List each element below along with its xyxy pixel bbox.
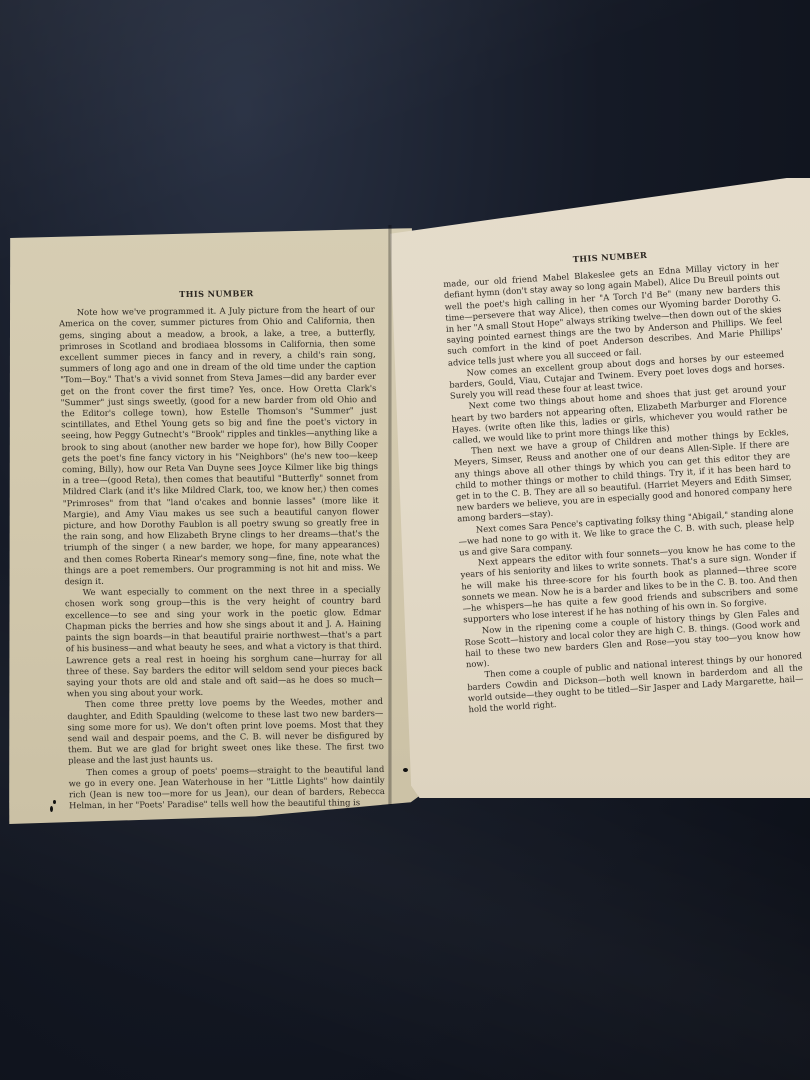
paper-blemish (403, 768, 408, 772)
left-page: THIS NUMBER Note how we've programmed it… (6, 226, 419, 826)
left-page-title: THIS NUMBER (58, 287, 374, 302)
left-paragraph-2: We want especially to comment on the nex… (65, 584, 383, 699)
paper-blemish (53, 800, 56, 804)
left-paragraph-1: Note how we've programmed it. A July pic… (59, 304, 381, 587)
booklet-spine (388, 225, 392, 805)
right-page-content: THIS NUMBER made, our old friend Mabel B… (442, 242, 804, 715)
paper-blemish (50, 806, 53, 812)
left-page-content: THIS NUMBER Note how we've programmed it… (58, 287, 385, 812)
left-paragraph-4: Then comes a group of poets' poems—strai… (68, 763, 385, 811)
left-paragraph-3: Then come three pretty love poems by the… (67, 696, 384, 767)
right-page: THIS NUMBER made, our old friend Mabel B… (390, 178, 810, 798)
